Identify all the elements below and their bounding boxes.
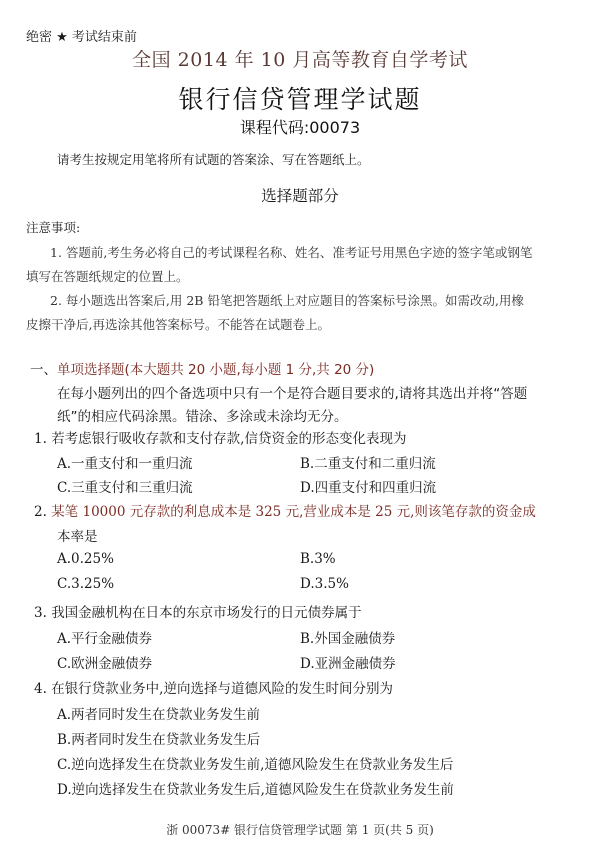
question-text: 我国金融机构在日本的东京市场发行的日元债券属于 — [51, 605, 362, 621]
question-text: 在银行贷款业务中,逆向选择与道德风险的发生时间分别为 — [51, 681, 393, 697]
part-scoring: (本大题共 20 小题,每小题 1 分,共 20 分) — [125, 362, 375, 378]
option-c: C.三重支付和三重归流 — [57, 476, 193, 496]
note-line: 皮擦干净后,再选涂其他答案标号。不能答在试题卷上。 — [26, 315, 330, 333]
part-prefix: 一、 — [30, 362, 57, 378]
option-a: A.一重支付和一重归流 — [57, 452, 193, 472]
option-d: D.四重支付和四重归流 — [300, 476, 436, 496]
note-line: 填写在答题纸规定的位置上。 — [26, 267, 189, 285]
question-text: 若考虑银行吸收存款和支付存款,信贷资金的形态变化表现为 — [51, 431, 406, 447]
option-b: B.外国金融债券 — [300, 627, 395, 647]
option-c: C.逆向选择发生在贷款业务发生前,道德风险发生在贷款业务发生后 — [57, 753, 453, 773]
part-description: 纸”的相应代码涂黑。错涂、多涂或未涂均无分。 — [57, 405, 348, 425]
notes-label: 注意事项: — [26, 218, 80, 236]
question-1: 1. 若考虑银行吸收存款和支付存款,信贷资金的形态变化表现为 — [34, 427, 406, 447]
question-number: 2. — [34, 504, 47, 520]
option-c: C.3.25% — [57, 576, 114, 592]
question-number: 4. — [34, 681, 47, 697]
question-number: 1. — [34, 431, 47, 447]
option-a: A.0.25% — [57, 551, 114, 567]
option-b: B.二重支付和二重归流 — [300, 452, 436, 472]
question-number: 3. — [34, 605, 47, 621]
secret-mark: 绝密 ★ 考试结束前 — [26, 26, 137, 45]
question-text-continued: 本率是 — [57, 525, 98, 545]
option-a: A.两者同时发生在贷款业务发生前 — [57, 703, 260, 723]
option-d: D.逆向选择发生在贷款业务发生后,道德风险发生在贷款业务发生前 — [57, 778, 454, 798]
option-a: A.平行金融债券 — [57, 627, 152, 647]
question-4: 4. 在银行贷款业务中,逆向选择与道德风险的发生时间分别为 — [34, 677, 393, 697]
page-footer: 浙 00073# 银行信贷管理学试题 第 1 页(共 5 页) — [0, 821, 600, 838]
question-2: 2. 某笔 10000 元存款的利息成本是 325 元,营业成本是 25 元,则… — [34, 500, 536, 520]
part-title: 单项选择题 — [57, 362, 125, 378]
exam-title: 全国 2014 年 10 月高等教育自学考试 — [0, 45, 600, 72]
part-description: 在每小题列出的四个备选项中只有一个是符合题目要求的,请将其选出并将“答题 — [57, 382, 527, 402]
question-3: 3. 我国金融机构在日本的东京市场发行的日元债券属于 — [34, 601, 362, 621]
option-b: B.3% — [300, 551, 336, 567]
note-line: 2. 每小题选出答案后,用 2B 铅笔把答题纸上对应题目的答案标号涂黑。如需改动… — [50, 291, 524, 309]
section-title: 选择题部分 — [0, 184, 600, 206]
option-b: B.两者同时发生在贷款业务发生后 — [57, 728, 260, 748]
course-code: 课程代码:00073 — [0, 115, 600, 138]
option-c: C.欧洲金融债券 — [57, 652, 152, 672]
question-text: 某笔 10000 元存款的利息成本是 325 元,营业成本是 25 元,则该笔存… — [51, 504, 536, 520]
subject-title: 银行信贷管理学试题 — [0, 80, 600, 116]
note-line: 1. 答题前,考生务必将自己的考试课程名称、姓名、准考证号用黑色字迹的签字笔或钢… — [50, 243, 532, 261]
option-d: D.3.5% — [300, 576, 349, 592]
part-one-heading: 一、单项选择题(本大题共 20 小题,每小题 1 分,共 20 分) — [30, 358, 374, 378]
instruction: 请考生按规定用笔将所有试题的答案涂、写在答题纸上。 — [57, 150, 370, 168]
option-d: D.亚洲金融债券 — [300, 652, 396, 672]
